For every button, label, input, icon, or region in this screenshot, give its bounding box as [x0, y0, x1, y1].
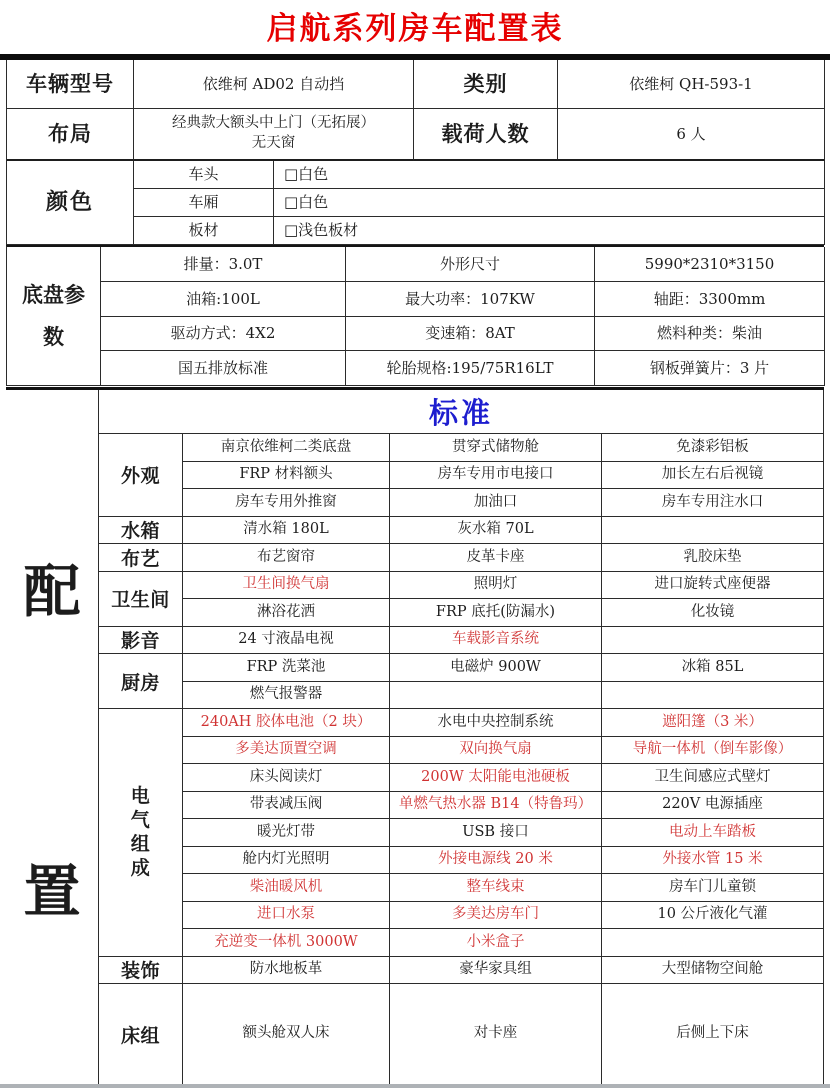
color-part: 车厢	[134, 189, 274, 217]
standard-header: 标准	[99, 390, 824, 434]
category-label: 床组	[99, 984, 183, 1084]
config-item: 24 寸液晶电视	[183, 627, 390, 655]
config-item: 灰水箱 70L	[390, 517, 602, 545]
config-item: 10 公斤液化气灌	[602, 902, 824, 930]
config-item: 卫生间换气扇	[183, 572, 390, 600]
color-choice: □白色	[274, 161, 825, 189]
config-item	[602, 627, 824, 655]
color-label: 颜色	[7, 161, 134, 245]
category-label: 电气组成	[99, 709, 183, 957]
config-item: FRP 材料额头	[183, 462, 390, 490]
page-bottom-divider	[0, 1084, 830, 1088]
config-item: FRP 洗菜池	[183, 654, 390, 682]
config-item: 清水箱 180L	[183, 517, 390, 545]
layout-value-line1: 经典款大额头中上门（无拓展）	[172, 114, 375, 134]
chassis-table: 底盘参 数 排量：3.0T 外形尺寸 5990*2310*3150 油箱:100…	[6, 245, 824, 386]
config-item: 进口水泵	[183, 902, 390, 930]
color-part: 车头	[134, 161, 274, 189]
chassis-cell: 燃料种类：柴油	[595, 317, 825, 352]
config-item: 防水地板革	[183, 957, 390, 985]
config-item	[602, 682, 824, 710]
config-item: 电动上车踏板	[602, 819, 824, 847]
config-item: 双向换气扇	[390, 737, 602, 765]
capacity-value: 6 人	[558, 109, 825, 161]
layout-value-line2: 无天窗	[252, 134, 296, 154]
config-item: 多美达房车门	[390, 902, 602, 930]
page-title: 启航系列房车配置表	[0, 6, 830, 52]
category-label: 布艺	[99, 544, 183, 572]
config-item: 整车线束	[390, 874, 602, 902]
chassis-cell: 变速箱：8AT	[346, 317, 595, 352]
config-item: 照明灯	[390, 572, 602, 600]
color-choice: □白色	[274, 189, 825, 217]
color-table: 颜色 车头 □白色 车厢 □白色 板材 □浅色板材	[6, 161, 824, 245]
config-item: 车载影音系统	[390, 627, 602, 655]
config-item: 皮革卡座	[390, 544, 602, 572]
chassis-cell: 5990*2310*3150	[595, 247, 825, 282]
chassis-label-line1: 底盘参	[22, 281, 85, 309]
configuration-table: 配置标准外观南京依维柯二类底盘贯穿式储物舱免漆彩铝板FRP 材料额头房车专用市电…	[6, 387, 824, 1084]
category-label: 装饰	[99, 957, 183, 985]
config-item: 对卡座	[390, 984, 602, 1084]
chassis-cell: 最大功率：107KW	[346, 282, 595, 317]
chassis-cell: 油箱:100L	[101, 282, 346, 317]
vehicle-info-table: 车辆型号 依维柯 AD02 自动挡 类别 依维柯 QH-593-1 布局 经典款…	[6, 60, 824, 161]
category-label: 卫生间	[99, 572, 183, 627]
config-item: 房车专用市电接口	[390, 462, 602, 490]
config-item: 电磁炉 900W	[390, 654, 602, 682]
capacity-label: 载荷人数	[414, 109, 558, 161]
chassis-cell: 国五排放标准	[101, 351, 346, 386]
category-label: 影音	[99, 627, 183, 655]
config-item: 燃气报警器	[183, 682, 390, 710]
config-item: 大型储物空间舱	[602, 957, 824, 985]
config-item: 小米盒子	[390, 929, 602, 957]
config-item: 充逆变一体机 3000W	[183, 929, 390, 957]
config-item: 外接电源线 20 米	[390, 847, 602, 875]
category-label: 外观	[99, 434, 183, 517]
config-item: 加长左右后视镜	[602, 462, 824, 490]
config-item: 加油口	[390, 489, 602, 517]
config-item: 免漆彩铝板	[602, 434, 824, 462]
config-item: 200W 太阳能电池硬板	[390, 764, 602, 792]
config-item: 房车专用注水口	[602, 489, 824, 517]
chassis-label-line2: 数	[43, 323, 64, 351]
config-item: 贯穿式储物舱	[390, 434, 602, 462]
config-item: 进口旋转式座便器	[602, 572, 824, 600]
config-item: 带表减压阀	[183, 792, 390, 820]
config-item: 遮阳篷（3 米）	[602, 709, 824, 737]
model-label: 车辆型号	[7, 60, 134, 109]
chassis-cell: 排量：3.0T	[101, 247, 346, 282]
config-item: 布艺窗帘	[183, 544, 390, 572]
config-item: 暖光灯带	[183, 819, 390, 847]
category-label: 水箱	[99, 517, 183, 545]
config-item	[602, 929, 824, 957]
chassis-label: 底盘参 数	[7, 247, 101, 386]
config-item: 单燃气热水器 B14（特鲁玛）	[390, 792, 602, 820]
config-item: 冰箱 85L	[602, 654, 824, 682]
config-vertical-title: 配置	[6, 390, 99, 1084]
config-item: 额头舱双人床	[183, 984, 390, 1084]
config-item: 房车门儿童锁	[602, 874, 824, 902]
chassis-cell: 驱动方式：4X2	[101, 317, 346, 352]
category-label: 类别	[414, 60, 558, 109]
category-value: 依维柯 QH-593-1	[558, 60, 825, 109]
category-label: 厨房	[99, 654, 183, 709]
chassis-cell: 轮胎规格:195/75R16LT	[346, 351, 595, 386]
config-item: 乳胶床垫	[602, 544, 824, 572]
model-value: 依维柯 AD02 自动挡	[134, 60, 414, 109]
config-item: 柴油暖风机	[183, 874, 390, 902]
color-choice: □浅色板材	[274, 217, 825, 245]
config-item: 床头阅读灯	[183, 764, 390, 792]
config-item: 舱内灯光照明	[183, 847, 390, 875]
chassis-cell: 轴距：3300mm	[595, 282, 825, 317]
config-item: 220V 电源插座	[602, 792, 824, 820]
config-item: FRP 底托(防漏水)	[390, 599, 602, 627]
config-item: 卫生间感应式壁灯	[602, 764, 824, 792]
config-item: 淋浴花洒	[183, 599, 390, 627]
config-item: 南京依维柯二类底盘	[183, 434, 390, 462]
config-item: 外接水管 15 米	[602, 847, 824, 875]
config-item: USB 接口	[390, 819, 602, 847]
config-item: 豪华家具组	[390, 957, 602, 985]
layout-label: 布局	[7, 109, 134, 161]
config-item	[602, 517, 824, 545]
config-item: 化妆镜	[602, 599, 824, 627]
color-part: 板材	[134, 217, 274, 245]
config-item	[390, 682, 602, 710]
config-item: 后侧上下床	[602, 984, 824, 1084]
config-item: 房车专用外推窗	[183, 489, 390, 517]
chassis-cell: 钢板弹簧片：3 片	[595, 351, 825, 386]
chassis-cell: 外形尺寸	[346, 247, 595, 282]
config-item: 多美达顶置空调	[183, 737, 390, 765]
config-item: 240AH 胶体电池（2 块）	[183, 709, 390, 737]
config-item: 导航一体机（倒车影像）	[602, 737, 824, 765]
layout-value: 经典款大额头中上门（无拓展） 无天窗	[134, 109, 414, 161]
config-item: 水电中央控制系统	[390, 709, 602, 737]
